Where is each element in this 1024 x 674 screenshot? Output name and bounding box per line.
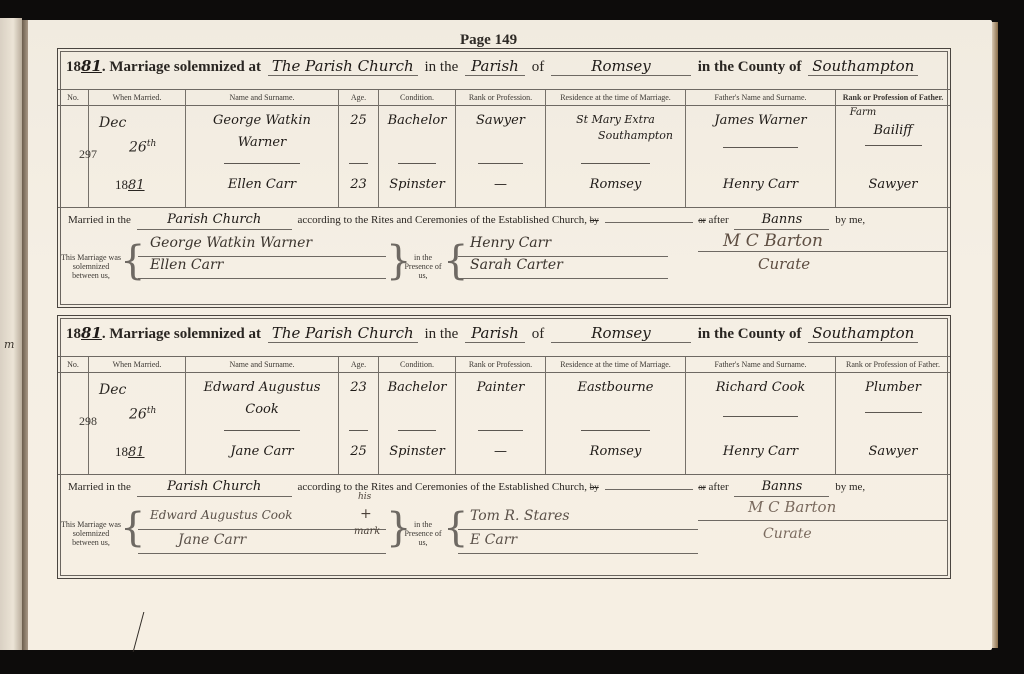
- year-prefix: 18: [66, 326, 81, 342]
- date-month: Dec: [99, 115, 126, 131]
- divider: [865, 145, 922, 146]
- header-father-name: Father's Name and Surname.: [686, 90, 836, 105]
- bride-name: Ellen Carr: [186, 177, 338, 192]
- after-label: after: [709, 481, 729, 493]
- married-in-line: Married in the Parish Church according t…: [68, 478, 948, 497]
- district-name: Romsey: [551, 57, 691, 76]
- header-father-name: Father's Name and Surname.: [686, 357, 836, 372]
- bride-profession: —: [456, 444, 545, 459]
- cell-number: 298: [58, 372, 89, 474]
- cell-date: Dec 26th 1881: [89, 372, 186, 474]
- witness-1-signature: Tom R. Stares: [458, 508, 698, 530]
- solemnized-label: . Marriage solemnized at: [102, 326, 261, 342]
- groom-father-profession-line1: Farm: [806, 107, 920, 118]
- groom-signature: Edward Augustus Cook: [138, 508, 386, 530]
- of-label: of: [532, 59, 545, 75]
- groom-profession: Sawyer: [456, 113, 545, 128]
- day-value: 26: [129, 140, 147, 156]
- year-prefix: 18: [66, 59, 81, 75]
- married-in-value: Parish Church: [137, 211, 292, 230]
- after-label: after: [709, 214, 729, 226]
- groom-name-line2: Cook: [186, 402, 338, 417]
- bride-father-profession: Sawyer: [836, 177, 950, 192]
- cell-residences: Eastbourne Romsey: [546, 372, 686, 474]
- cell-professions: Sawyer —: [456, 105, 546, 207]
- county-name: Southampton: [808, 324, 918, 343]
- district-type: Parish: [465, 324, 525, 343]
- divider: [478, 430, 523, 431]
- previous-page-text-fragment: m: [4, 338, 14, 351]
- officiant-title: Curate: [758, 255, 810, 273]
- officiant-title: Curate: [763, 526, 812, 542]
- groom-residence-line2: Southampton: [566, 129, 705, 142]
- header-when-married: When Married.: [89, 357, 186, 372]
- groom-age: 25: [339, 113, 378, 128]
- header-condition: Condition.: [379, 357, 456, 372]
- groom-profession: Painter: [456, 380, 545, 395]
- struck-or: or: [698, 215, 706, 225]
- divider: [349, 430, 369, 431]
- struck-or: or: [698, 482, 706, 492]
- bride-signature: Ellen Carr: [138, 257, 386, 279]
- header-condition: Condition.: [379, 90, 456, 105]
- header-father-profession: Rank or Profession of Father.: [836, 90, 950, 105]
- header-residence: Residence at the time of Marriage.: [546, 90, 686, 105]
- bride-profession: —: [456, 177, 545, 192]
- witness-label: in the Presence of us,: [403, 520, 443, 547]
- header-no: No.: [58, 90, 89, 105]
- divider: [581, 163, 651, 164]
- groom-condition: Bachelor: [379, 113, 455, 128]
- entry-title-line: 1881. Marriage solemnized at The Parish …: [66, 57, 946, 83]
- bride-condition: Spinster: [379, 444, 455, 459]
- cell-ages: 25 23: [339, 105, 379, 207]
- county-label: in the County of: [698, 326, 802, 342]
- previous-page-edge: m: [0, 18, 22, 650]
- witness-2-signature: E Carr: [458, 532, 698, 554]
- groom-age: 23: [339, 380, 378, 395]
- header-father-profession: Rank or Profession of Father.: [836, 357, 950, 372]
- bride-signature: Jane Carr: [138, 532, 386, 554]
- district-type: Parish: [465, 57, 525, 76]
- cell-father-professions: Plumber Sawyer: [836, 372, 950, 474]
- entry-data-row: 297 Dec 26th 1881 George Watkin Warner E…: [58, 105, 950, 208]
- header-name: Name and Surname.: [186, 90, 339, 105]
- cell-names: George Watkin Warner Ellen Carr: [186, 105, 339, 207]
- his-mark-label: his: [358, 492, 371, 502]
- cell-residences: St Mary Extra Southampton Romsey: [546, 105, 686, 207]
- of-label: of: [532, 326, 545, 342]
- church-name: The Parish Church: [268, 324, 418, 343]
- licence-blank: [605, 222, 693, 223]
- cell-ages: 23 25: [339, 372, 379, 474]
- cell-father-names: James Warner Henry Carr: [686, 105, 836, 207]
- groom-condition: Bachelor: [379, 380, 455, 395]
- bride-father-name: Henry Carr: [686, 444, 835, 459]
- bride-residence: Romsey: [546, 444, 685, 459]
- married-in-value: Parish Church: [137, 478, 292, 497]
- year-printed: 18: [115, 444, 128, 459]
- divider: [581, 430, 651, 431]
- signatures-block: This Marriage was solemnized between us,…: [58, 498, 950, 568]
- date-year: 1881: [115, 444, 145, 460]
- by-me-label: by me,: [835, 481, 865, 493]
- bride-father-profession: Sawyer: [836, 444, 950, 459]
- married-in-label: Married in the: [68, 481, 131, 493]
- after-value: Banns: [734, 478, 829, 497]
- year-suffix: 81: [81, 57, 102, 75]
- year-suffix: 81: [81, 324, 102, 342]
- column-headers: No. When Married. Name and Surname. Age.…: [58, 356, 950, 373]
- couple-signature-label: This Marriage was solemnized between us,: [60, 520, 122, 547]
- officiant-signature: M C Barton: [748, 498, 836, 516]
- cell-professions: Painter —: [456, 372, 546, 474]
- cell-conditions: Bachelor Spinster: [379, 105, 456, 207]
- bride-condition: Spinster: [379, 177, 455, 192]
- page-edge: [992, 22, 998, 648]
- year-printed: 18: [115, 177, 128, 192]
- county-label: in the County of: [698, 59, 802, 75]
- officiant-signature: M C Barton: [723, 231, 823, 251]
- groom-name-line2: Warner: [186, 135, 338, 150]
- header-age: Age.: [339, 90, 379, 105]
- bride-residence: Romsey: [546, 177, 685, 192]
- header-when-married: When Married.: [89, 90, 186, 105]
- date-day: 26th: [129, 406, 156, 423]
- groom-signature: George Watkin Warner: [138, 235, 386, 257]
- groom-residence: Eastbourne: [546, 380, 685, 395]
- in-the-label: in the: [425, 59, 459, 75]
- day-value: 26: [129, 407, 147, 423]
- cell-number: 297: [58, 105, 89, 207]
- divider: [723, 416, 798, 417]
- district-name: Romsey: [551, 324, 691, 343]
- year-handwritten: 81: [128, 445, 145, 460]
- header-profession: Rank or Profession.: [456, 90, 546, 105]
- married-in-line: Married in the Parish Church according t…: [68, 211, 948, 230]
- date-year: 1881: [115, 177, 145, 193]
- date-month: Dec: [99, 382, 126, 398]
- after-value: Banns: [734, 211, 829, 230]
- bride-age: 25: [339, 444, 378, 459]
- licence-blank: [605, 489, 693, 490]
- mark-cross: +: [360, 506, 372, 522]
- cell-father-professions: Farm Bailiff Sawyer: [836, 105, 950, 207]
- bride-name: Jane Carr: [186, 444, 338, 459]
- groom-father-name: Richard Cook: [686, 380, 835, 395]
- cell-names: Edward Augustus Cook Jane Carr: [186, 372, 339, 474]
- entry-title-line: 1881. Marriage solemnized at The Parish …: [66, 324, 946, 350]
- in-the-label: in the: [425, 326, 459, 342]
- divider: [478, 163, 523, 164]
- header-no: No.: [58, 357, 89, 372]
- divider: [349, 163, 369, 164]
- officiant-line: [698, 251, 948, 252]
- marriage-entry-298: 1881. Marriage solemnized at The Parish …: [57, 315, 951, 579]
- year-handwritten: 81: [128, 178, 145, 193]
- witness-label: in the Presence of us,: [403, 253, 443, 280]
- divider: [398, 430, 436, 431]
- header-profession: Rank or Profession.: [456, 357, 546, 372]
- divider: [224, 430, 300, 431]
- header-age: Age.: [339, 357, 379, 372]
- cell-date: Dec 26th 1881: [89, 105, 186, 207]
- cell-father-names: Richard Cook Henry Carr: [686, 372, 836, 474]
- struck-by: by: [590, 215, 599, 225]
- bride-age: 23: [339, 177, 378, 192]
- cell-conditions: Bachelor Spinster: [379, 372, 456, 474]
- witness-1-signature: Henry Carr: [458, 235, 668, 257]
- married-in-label: Married in the: [68, 214, 131, 226]
- church-name: The Parish Church: [268, 57, 418, 76]
- divider: [865, 412, 922, 413]
- groom-name-line1: Edward Augustus: [186, 380, 338, 395]
- groom-name-line1: George Watkin: [186, 113, 338, 128]
- officiant-line: [698, 520, 948, 521]
- day-suffix: th: [147, 406, 156, 416]
- header-residence: Residence at the time of Marriage.: [546, 357, 686, 372]
- rites-label: according to the Rites and Ceremonies of…: [297, 481, 587, 493]
- witness-2-signature: Sarah Carter: [458, 257, 668, 279]
- header-name: Name and Surname.: [186, 357, 339, 372]
- bride-father-name: Henry Carr: [686, 177, 835, 192]
- groom-father-profession-line2: Bailiff: [836, 123, 950, 138]
- by-me-label: by me,: [835, 214, 865, 226]
- marriage-entry-297: 1881. Marriage solemnized at The Parish …: [57, 48, 951, 308]
- entry-data-row: 298 Dec 26th 1881 Edward Augustus Cook J…: [58, 372, 950, 475]
- divider: [398, 163, 436, 164]
- struck-by: by: [590, 482, 599, 492]
- day-suffix: th: [147, 139, 156, 149]
- county-name: Southampton: [808, 57, 918, 76]
- page-number: Page 149: [460, 32, 517, 49]
- divider: [224, 163, 300, 164]
- date-day: 26th: [129, 139, 156, 156]
- couple-signature-label: This Marriage was solemnized between us,: [60, 253, 122, 280]
- column-headers: No. When Married. Name and Surname. Age.…: [58, 89, 950, 106]
- groom-father-profession: Plumber: [836, 380, 950, 395]
- solemnized-label: . Marriage solemnized at: [102, 59, 261, 75]
- groom-residence-line1: St Mary Extra: [546, 113, 685, 126]
- rites-label: according to the Rites and Ceremonies of…: [297, 214, 587, 226]
- divider: [723, 147, 798, 148]
- signatures-block: This Marriage was solemnized between us,…: [58, 231, 950, 301]
